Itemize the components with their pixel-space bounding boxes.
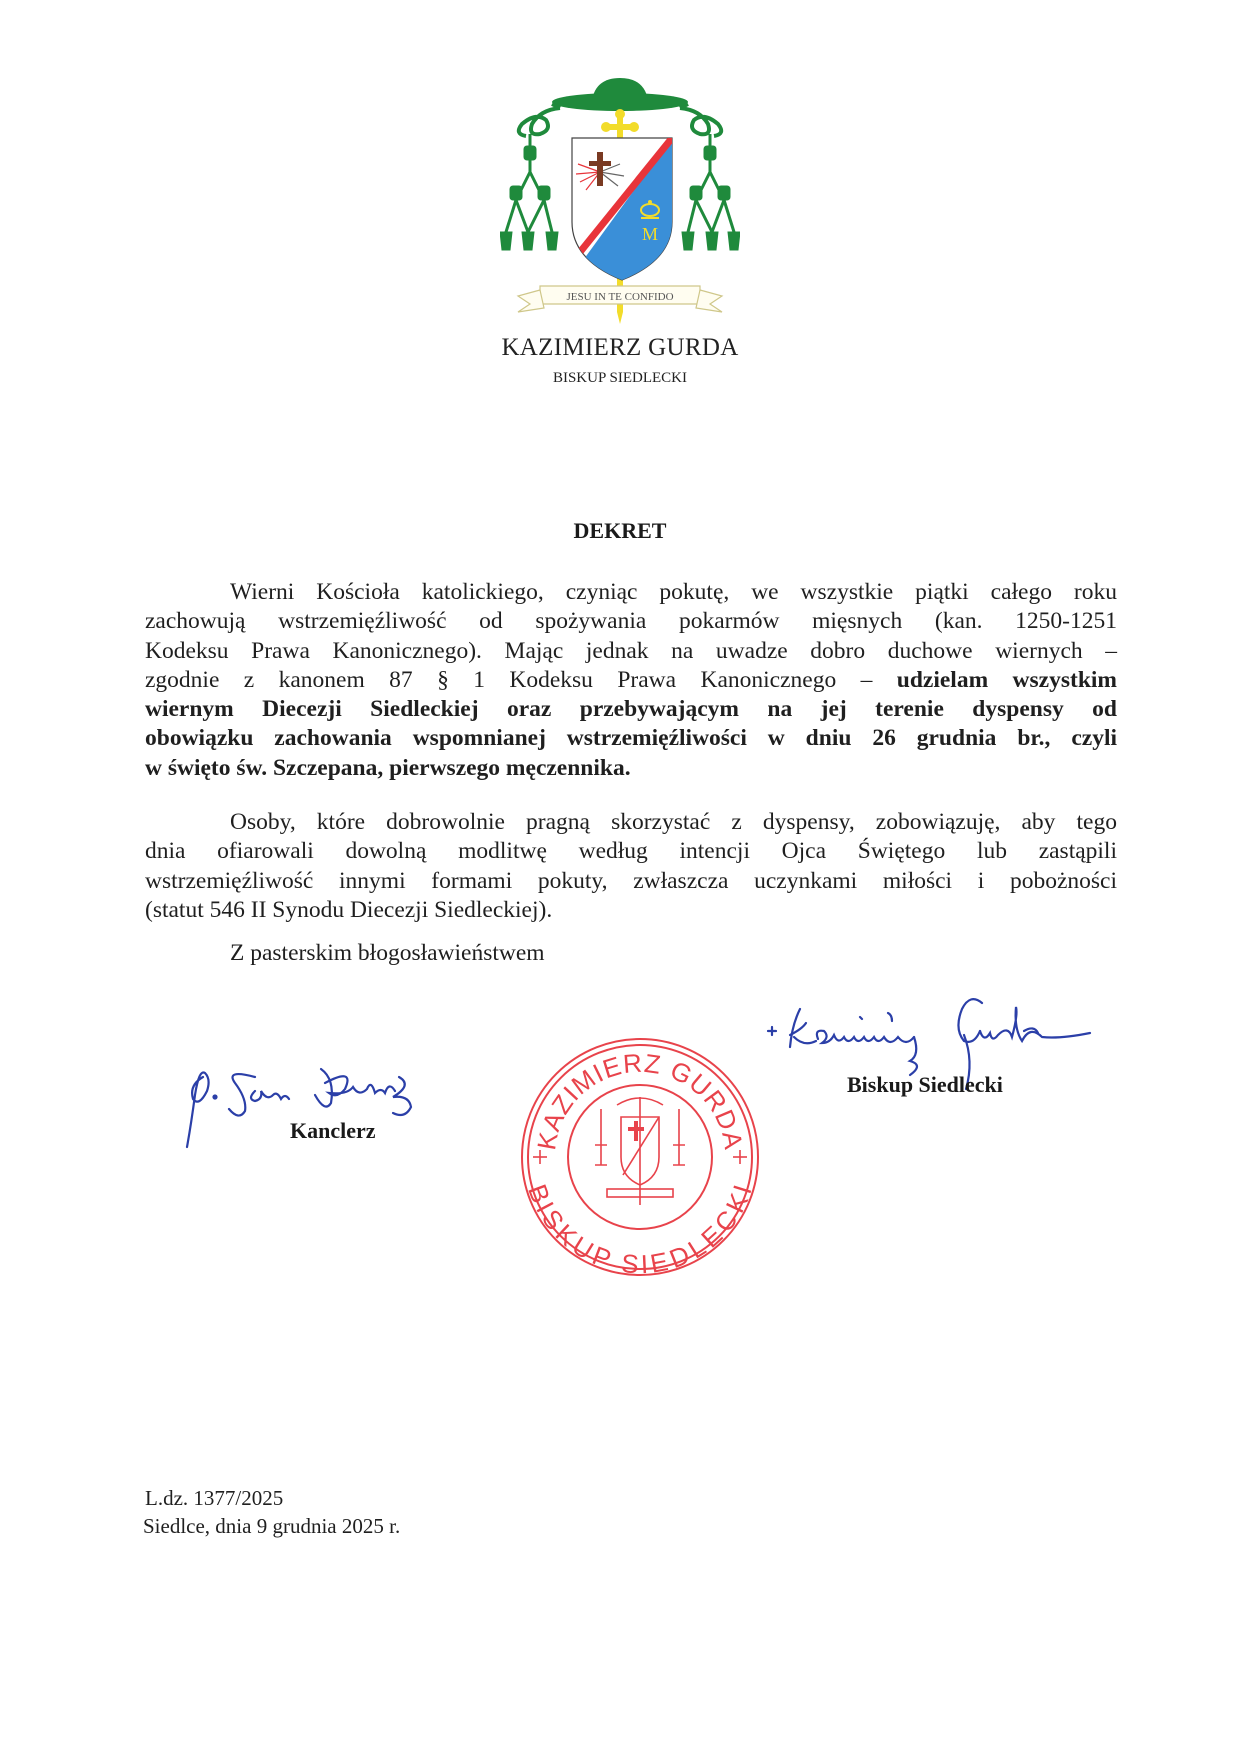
text: (statut 546 II Synodu Diecezji Siedlecki… [145, 897, 552, 923]
bold-text: obowiązku zachowania wspomnianej wstrzem… [145, 725, 1117, 751]
paragraph-line: zachowują wstrzemięźliwość od spożywania… [145, 607, 1117, 636]
paragraph-line: (statut 546 II Synodu Diecezji Siedlecki… [145, 896, 1117, 925]
paragraph-line: Wierni Kościoła katolickiego, czyniąc po… [145, 578, 1117, 607]
bold-text: udzielam wszystkim [897, 667, 1117, 693]
place-and-date: Siedlce, dnia 9 grudnia 2025 r. [143, 1514, 400, 1539]
reference-number: L.dz. 1377/2025 [145, 1486, 283, 1511]
author-name: KAZIMIERZ GURDA [0, 334, 1240, 362]
crest-motto: JESU IN TE CONFIDO [566, 291, 673, 303]
text: dnia ofiarowali dowolną modlitwę według … [145, 838, 1117, 864]
bold-text: w święto św. Szczepana, pierwszego męcze… [145, 755, 631, 781]
text: Osoby, które dobrowolnie pragną skorzyst… [230, 809, 1117, 835]
paragraph-line: wstrzemięźliwość innymi formami pokuty, … [145, 867, 1117, 896]
text: zachowują wstrzemięźliwość od spożywania… [145, 608, 1117, 634]
svg-text:M: M [642, 224, 658, 244]
paragraph-line: wiernym Diecezji Siedleckiej oraz przeby… [145, 695, 1117, 724]
bishop-label: Biskup Siedlecki [847, 1072, 1003, 1098]
coat-of-arms-icon: M JESU IN TE CONFIDO [500, 72, 740, 324]
paragraph-line: dnia ofiarowali dowolną modlitwę według … [145, 837, 1117, 866]
closing-blessing: Z pasterskim błogosławieństwem [230, 940, 545, 967]
text: wstrzemięźliwość innymi formami pokuty, … [145, 868, 1117, 894]
text: Kodeksu Prawa Kanonicznego). Mając jedna… [145, 638, 1117, 664]
text: zgodnie z kanonem 87 § 1 Kodeksu Prawa K… [145, 667, 897, 693]
paragraph-line: obowiązku zachowania wspomnianej wstrzem… [145, 724, 1117, 753]
bold-text: wiernym Diecezji Siedleckiej oraz przeby… [145, 696, 1117, 722]
episcopal-seal-icon: KAZIMIERZ GURDA BISKUP SIEDLECKI [515, 1035, 765, 1280]
paragraph-line: w święto św. Szczepana, pierwszego męcze… [145, 754, 1117, 783]
paragraph-line: Osoby, które dobrowolnie pragną skorzyst… [145, 808, 1117, 837]
document-title: DEKRET [0, 518, 1240, 544]
paragraph-line: zgodnie z kanonem 87 § 1 Kodeksu Prawa K… [145, 666, 1117, 695]
paragraph-line: Kodeksu Prawa Kanonicznego). Mając jedna… [145, 637, 1117, 666]
decree-paragraph-2: Osoby, które dobrowolnie pragną skorzyst… [145, 808, 1117, 925]
chancellor-label: Kanclerz [290, 1118, 376, 1144]
author-title: BISKUP SIEDLECKI [0, 370, 1240, 387]
text: Wierni Kościoła katolickiego, czyniąc po… [230, 579, 1117, 605]
decree-paragraph-1: Wierni Kościoła katolickiego, czyniąc po… [145, 578, 1117, 783]
